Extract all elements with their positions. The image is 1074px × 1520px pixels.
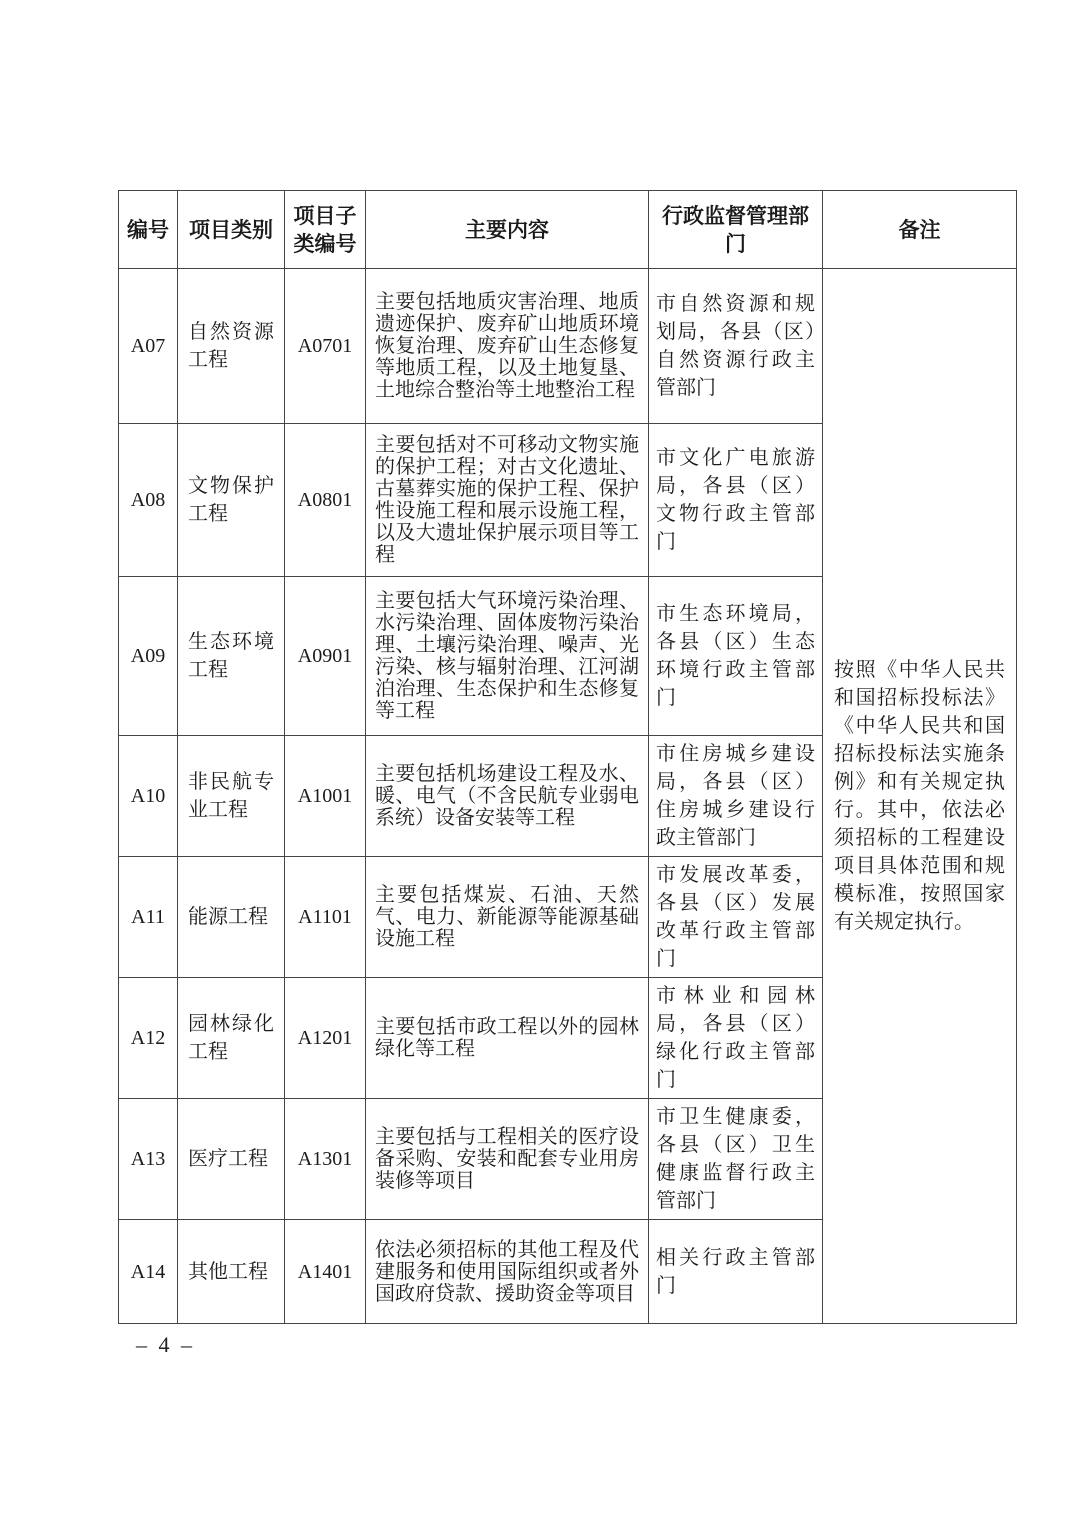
row-department: 相关行政主管部门: [649, 1220, 823, 1324]
row-category: 文物保护工程: [178, 424, 285, 577]
row-department: 市自然资源和规划局，各县（区）自然资源行政主管部门: [649, 269, 823, 424]
project-category-table: 编号 项目类别 项目子类编号 主要内容 行政监督管理部门 备注 A07 自然资源…: [118, 190, 1017, 1324]
header-content: 主要内容: [366, 191, 649, 269]
row-content: 主要包括与工程相关的医疗设备采购、安装和配套专业用房装修等项目: [366, 1099, 649, 1220]
row-code: A14: [119, 1220, 178, 1324]
row-subcode: A1101: [285, 857, 366, 978]
row-code: A12: [119, 978, 178, 1099]
row-subcode: A1401: [285, 1220, 366, 1324]
row-department: 市发展改革委，各县（区）发展改革行政主管部门: [649, 857, 823, 978]
header-remark: 备注: [823, 191, 1017, 269]
row-category: 园林绿化工程: [178, 978, 285, 1099]
row-content: 主要包括大气环境污染治理、水污染治理、固体废物污染治理、土壤污染治理、噪声、光污…: [366, 577, 649, 736]
row-code: A11: [119, 857, 178, 978]
table-header-row: 编号 项目类别 项目子类编号 主要内容 行政监督管理部门 备注: [119, 191, 1017, 269]
header-category: 项目类别: [178, 191, 285, 269]
header-department: 行政监督管理部门: [649, 191, 823, 269]
header-code: 编号: [119, 191, 178, 269]
row-department: 市林业和园林局，各县（区）绿化行政主管部门: [649, 978, 823, 1099]
row-subcode: A0901: [285, 577, 366, 736]
row-content: 主要包括对不可移动文物实施的保护工程；对古文化遗址、古墓葬实施的保护工程、保护性…: [366, 424, 649, 577]
row-content: 主要包括煤炭、石油、天然气、电力、新能源等能源基础设施工程: [366, 857, 649, 978]
row-code: A09: [119, 577, 178, 736]
row-subcode: A1301: [285, 1099, 366, 1220]
row-code: A07: [119, 269, 178, 424]
row-department: 市生态环境局，各县（区）生态环境行政主管部门: [649, 577, 823, 736]
row-code: A08: [119, 424, 178, 577]
document-page: 编号 项目类别 项目子类编号 主要内容 行政监督管理部门 备注 A07 自然资源…: [0, 0, 1074, 1520]
row-category: 生态环境工程: [178, 577, 285, 736]
row-department: 市住房城乡建设局，各县（区）住房城乡建设行政主管部门: [649, 736, 823, 857]
row-category: 能源工程: [178, 857, 285, 978]
row-content: 主要包括地质灾害治理、地质遗迹保护、废弃矿山地质环境恢复治理、废弃矿山生态修复等…: [366, 269, 649, 424]
row-subcode: A0801: [285, 424, 366, 577]
row-category: 医疗工程: [178, 1099, 285, 1220]
page-number: – 4 –: [136, 1332, 195, 1358]
row-category: 其他工程: [178, 1220, 285, 1324]
row-code: A13: [119, 1099, 178, 1220]
row-content: 主要包括机场建设工程及水、暖、电气（不含民航专业弱电系统）设备安装等工程: [366, 736, 649, 857]
row-subcode: A0701: [285, 269, 366, 424]
header-subcode: 项目子类编号: [285, 191, 366, 269]
row-subcode: A1201: [285, 978, 366, 1099]
row-content: 依法必须招标的其他工程及代建服务和使用国际组织或者外国政府贷款、援助资金等项目: [366, 1220, 649, 1324]
row-category: 非民航专业工程: [178, 736, 285, 857]
row-content: 主要包括市政工程以外的园林绿化等工程: [366, 978, 649, 1099]
row-code: A10: [119, 736, 178, 857]
table-row: A07 自然资源工程 A0701 主要包括地质灾害治理、地质遗迹保护、废弃矿山地…: [119, 269, 1017, 424]
row-department: 市文化广电旅游局，各县（区）文物行政主管部门: [649, 424, 823, 577]
remark-merged-cell: 按照《中华人民共和国招标投标法》《中华人民共和国招标投标法实施条例》和有关规定执…: [823, 269, 1017, 1324]
row-department: 市卫生健康委，各县（区）卫生健康监督行政主管部门: [649, 1099, 823, 1220]
row-subcode: A1001: [285, 736, 366, 857]
row-category: 自然资源工程: [178, 269, 285, 424]
